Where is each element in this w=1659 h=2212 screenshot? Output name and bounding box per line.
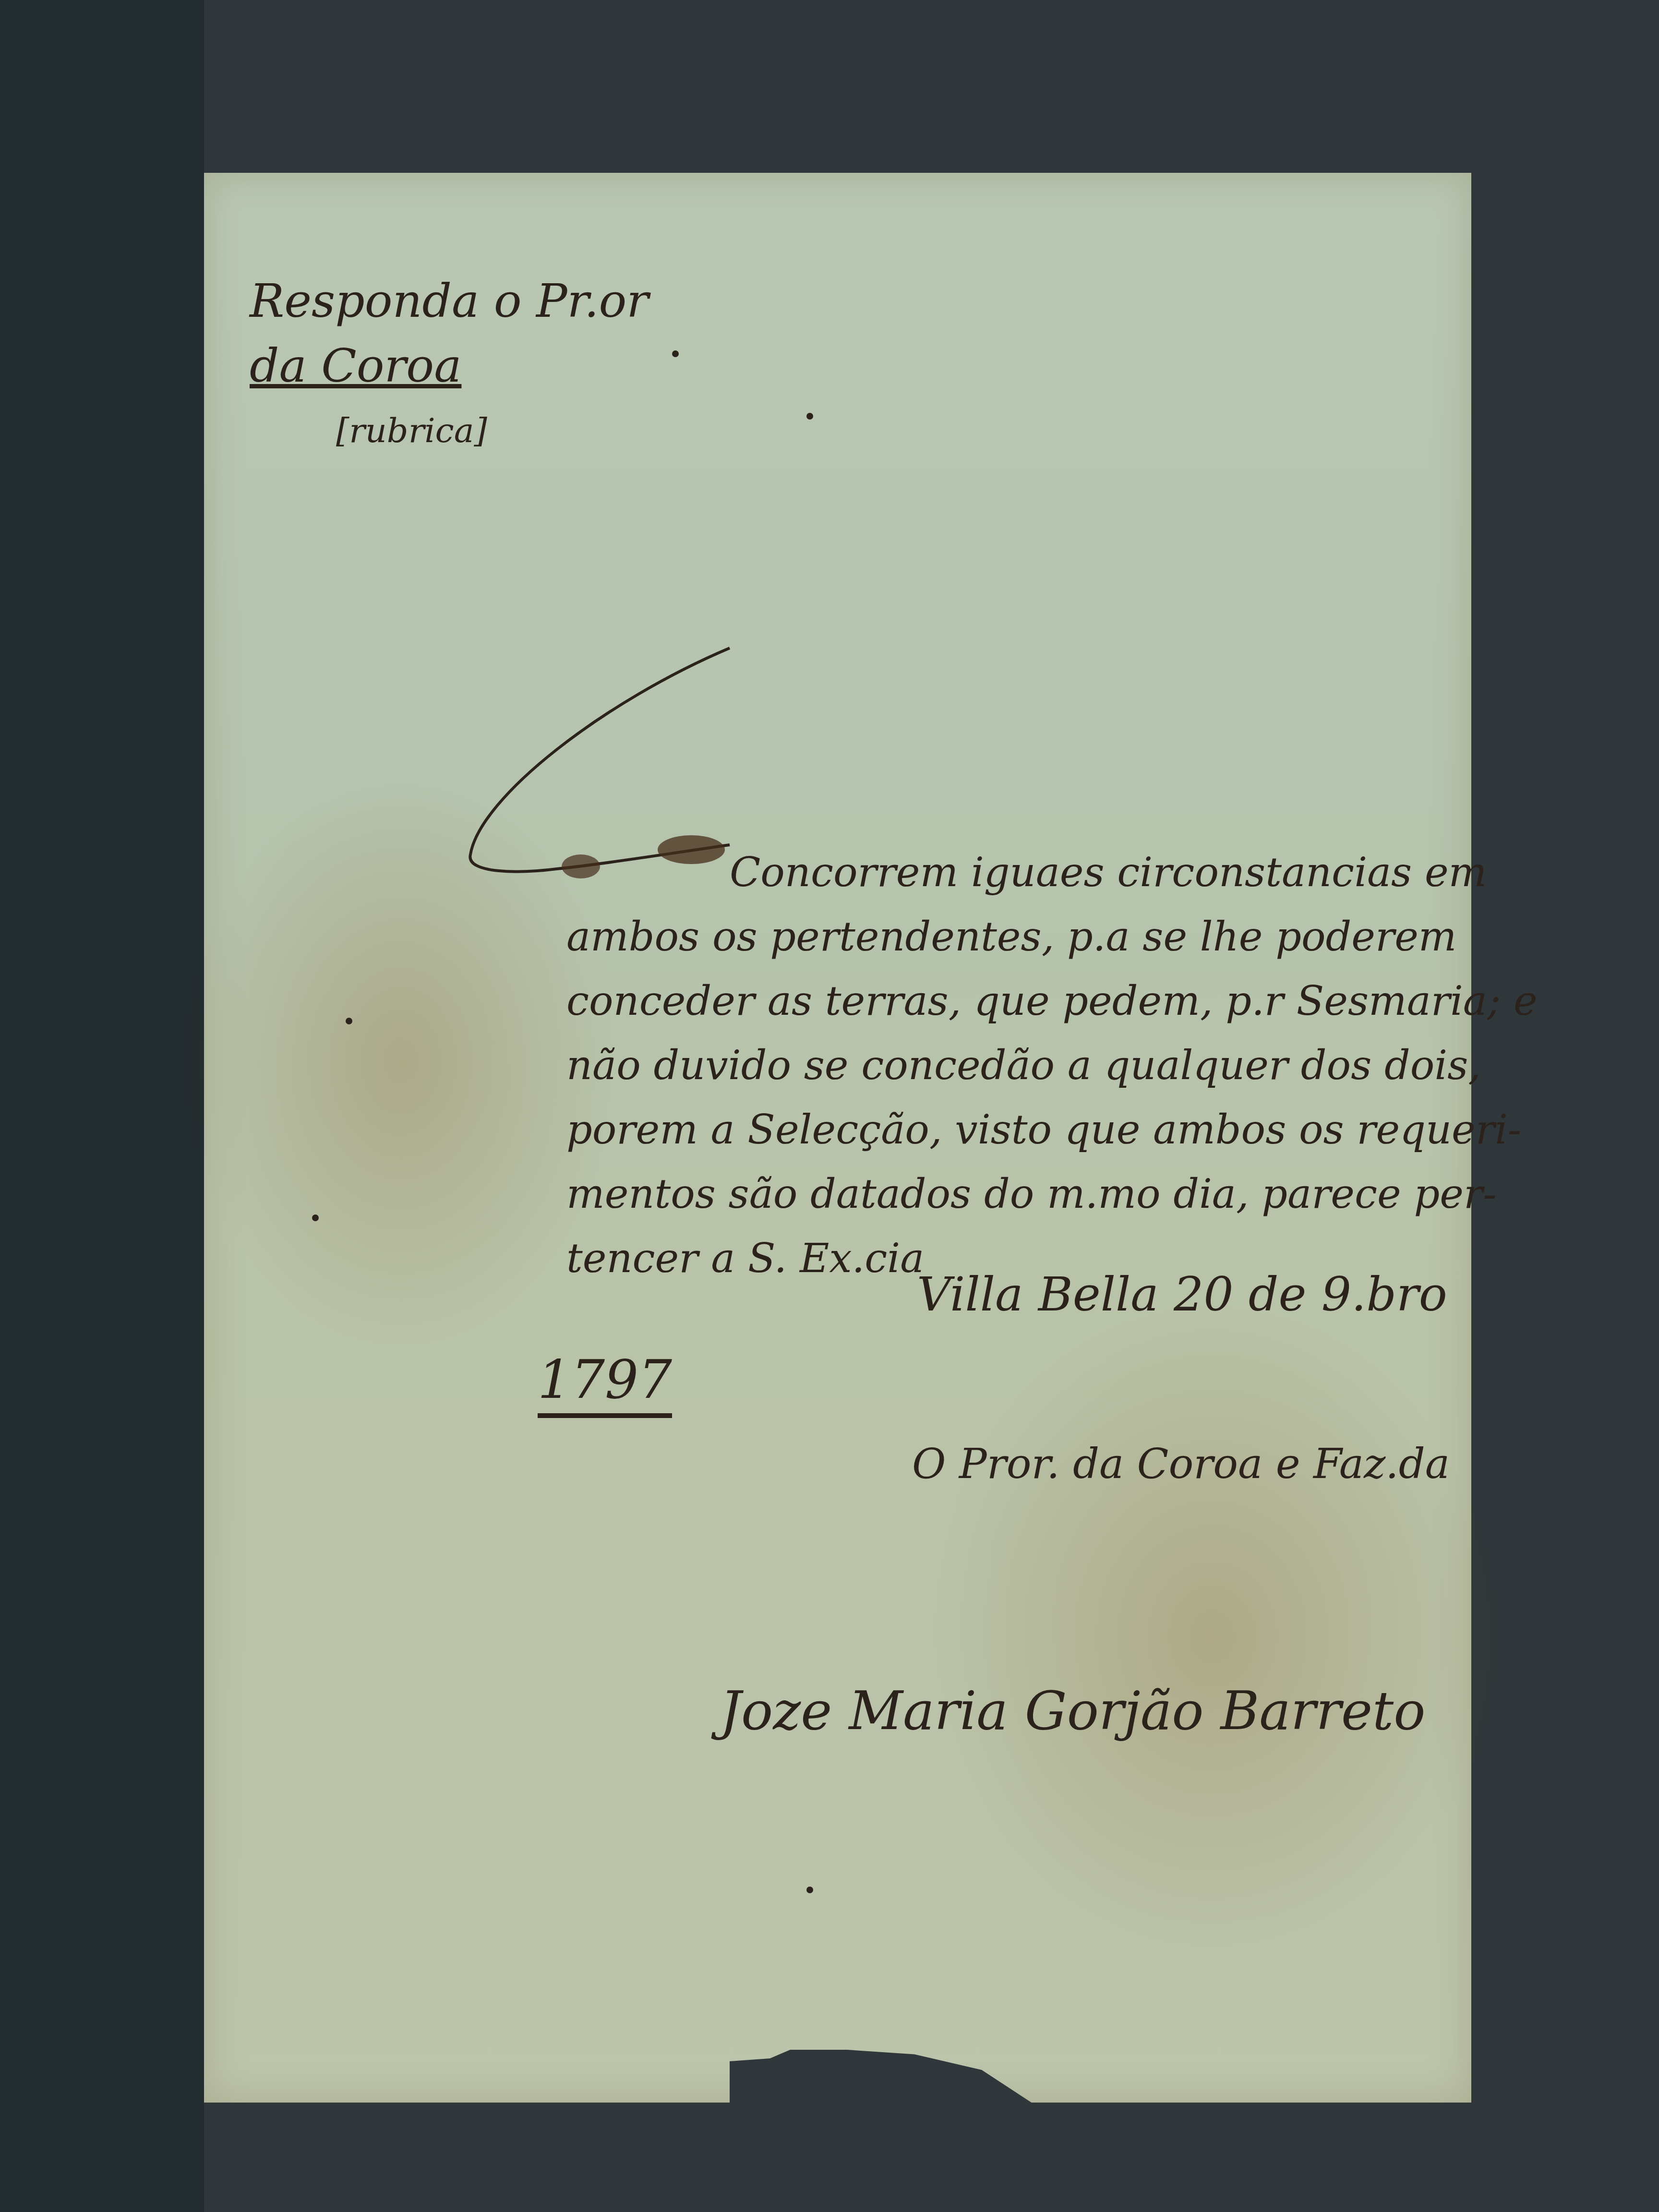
body-line: Concorrem iguaes circonstancias em bbox=[566, 840, 1538, 904]
body-line: porem a Selecção, visto que ambos os req… bbox=[566, 1097, 1538, 1162]
water-stain bbox=[924, 1301, 1500, 1973]
margin-note: Responda o Pr.or da Coroa [rubrica] bbox=[250, 269, 649, 463]
binding-strip bbox=[0, 0, 204, 2212]
year: 1797 bbox=[538, 1349, 672, 1418]
body-text: Concorrem iguaes circonstancias em ambos… bbox=[566, 840, 1538, 1290]
body-line: mentos são datados do m.mo dia, parece p… bbox=[566, 1162, 1538, 1226]
ink-dot bbox=[312, 1214, 319, 1221]
ink-dot bbox=[672, 350, 679, 357]
ink-dot bbox=[806, 1887, 813, 1893]
margin-note-line-1: Responda o Pr.or bbox=[250, 269, 649, 334]
ink-dot bbox=[806, 413, 813, 420]
margin-note-line-2: da Coroa bbox=[250, 334, 649, 398]
margin-rubric: [rubrica] bbox=[250, 398, 649, 463]
signatory-title: O Pror. da Coroa e Faz.da bbox=[912, 1440, 1450, 1488]
ink-dot bbox=[346, 1018, 352, 1024]
body-line: conceder as terras, que pedem, p.r Sesma… bbox=[566, 969, 1538, 1033]
body-line: não duvido se concedão a qualquer dos do… bbox=[566, 1033, 1538, 1097]
date-place: Villa Bella 20 de 9.bro bbox=[917, 1267, 1447, 1322]
signature: Joze Maria Gorjão Barreto bbox=[720, 1680, 1426, 1742]
body-line: ambos os pertendentes, p.a se lhe podere… bbox=[566, 904, 1538, 969]
